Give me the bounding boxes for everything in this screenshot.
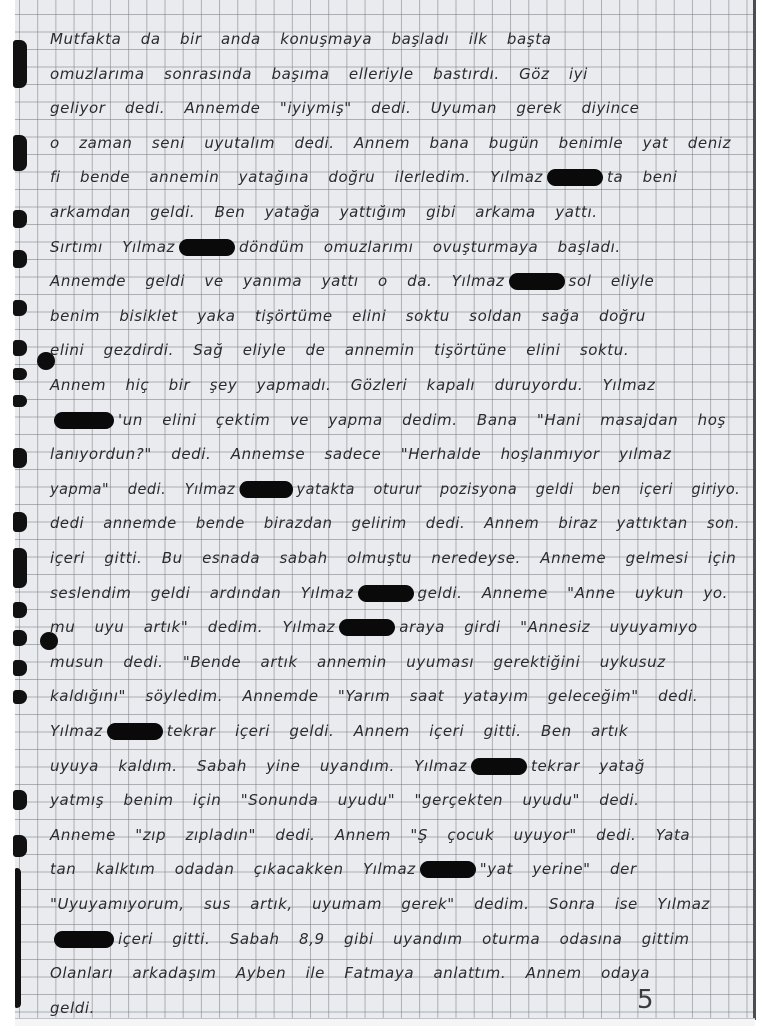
line-text: tan kalktım odadan çıkacakken Yılmaz	[50, 860, 416, 878]
redaction-mark	[420, 861, 476, 878]
line-text: o zaman seni uyutalım dedi. Annem bana b…	[50, 134, 731, 152]
binding-hole	[13, 790, 27, 810]
handwritten-line: Mutfakta da bir anda konuşmaya başladı i…	[50, 30, 740, 48]
binding-hole	[13, 512, 27, 532]
handwritten-line: 'un elini çektim ve yapma dedim. Bana "H…	[50, 411, 740, 429]
page-number: 5	[637, 985, 654, 1015]
line-text: elini gezdirdi. Sağ eliyle de annemin ti…	[50, 341, 629, 359]
line-text: tekrar içeri geldi. Annem içeri gitti. B…	[167, 722, 628, 740]
line-text: döndüm omuzlarımı ovuşturmaya başladı.	[239, 238, 621, 256]
line-text: Annem hiç bir şey yapmadı. Gözleri kapal…	[50, 376, 655, 394]
handwritten-line: omuzlarıma sonrasında başıma elleriyle b…	[50, 65, 740, 83]
binding-hole	[13, 250, 27, 268]
binding-hole	[13, 340, 27, 356]
handwritten-line: içeri gitti. Sabah 8,9 gibi uyandım otur…	[50, 930, 740, 948]
line-text: içeri gitti. Bu esnada sabah olmuştu ner…	[50, 549, 736, 567]
binding-hole	[13, 602, 27, 618]
handwritten-line: o zaman seni uyutalım dedi. Annem bana b…	[50, 134, 740, 152]
redaction-mark	[239, 481, 293, 498]
line-text: arkamdan geldi. Ben yatağa yattığım gibi…	[50, 203, 598, 221]
line-text: lanıyordun?" dedi. Annemse sadece "Herha…	[50, 445, 672, 463]
line-text: omuzlarıma sonrasında başıma elleriyle b…	[50, 65, 588, 83]
handwritten-line: lanıyordun?" dedi. Annemse sadece "Herha…	[50, 445, 740, 463]
line-text: musun dedi. "Bende artık annemin uyuması…	[50, 653, 666, 671]
binding-hole	[13, 368, 27, 380]
line-text: Anneme "zıp zıpladın" dedi. Annem "Ş çoc…	[50, 826, 690, 844]
redaction-mark	[54, 412, 114, 429]
line-text: Yılmaz	[50, 722, 103, 740]
line-text: ta beni	[607, 168, 677, 186]
handwritten-line: musun dedi. "Bende artık annemin uyuması…	[50, 653, 740, 671]
redaction-mark	[107, 723, 163, 740]
line-text: içeri gitti. Sabah 8,9 gibi uyandım otur…	[118, 930, 690, 948]
line-text: yapma" dedi. Yılmaz	[50, 480, 235, 498]
handwritten-line: kaldığını" söyledim. Annemde "Yarım saat…	[50, 687, 740, 705]
line-text: geliyor dedi. Annemde "iyiymiş" dedi. Uy…	[50, 99, 639, 117]
line-text: Olanları arkadaşım Ayben ile Fatmaya anl…	[50, 964, 650, 982]
line-text: Mutfakta da bir anda konuşmaya başladı i…	[50, 30, 552, 48]
line-text: yatakta oturur pozisyona geldi ben içeri…	[297, 480, 741, 498]
line-text: "Uyuyamıyorum, sus artık, uyumam gerek" …	[50, 895, 710, 913]
handwritten-line: benim bisiklet yaka tişörtüme elini sokt…	[50, 307, 740, 325]
redaction-mark	[54, 931, 114, 948]
handwritten-line: arkamdan geldi. Ben yatağa yattığım gibi…	[50, 203, 740, 221]
handwritten-line: Sırtımı Yılmazdöndüm omuzlarımı ovuşturm…	[50, 238, 740, 256]
handwritten-line: geliyor dedi. Annemde "iyiymiş" dedi. Uy…	[50, 99, 740, 117]
binding-hole	[13, 548, 27, 588]
page-bottom-edge	[15, 1018, 755, 1026]
line-text: yatmış benim için "Sonunda uyudu" "gerçe…	[50, 791, 640, 809]
binding-hole	[13, 660, 27, 676]
redaction-mark	[339, 619, 395, 636]
line-text: araya girdi "Annesiz uyuyamıyo	[399, 618, 698, 636]
line-text: dedi annemde bende birazdan gelirim dedi…	[50, 514, 740, 532]
line-text: seslendim geldi ardından Yılmaz	[50, 584, 354, 602]
handwritten-line: tan kalktım odadan çıkacakken Yılmaz"yat…	[50, 860, 740, 878]
handwritten-line: "Uyuyamıyorum, sus artık, uyumam gerek" …	[50, 895, 740, 913]
line-text: sol eliyle	[569, 272, 655, 290]
redaction-mark	[509, 273, 565, 290]
line-text: mu uyu artık" dedim. Yılmaz	[50, 618, 335, 636]
line-text: geldi.	[50, 999, 95, 1017]
handwritten-line: dedi annemde bende birazdan gelirim dedi…	[50, 514, 727, 532]
binding-edge	[15, 868, 21, 1008]
handwritten-line: Olanları arkadaşım Ayben ile Fatmaya anl…	[50, 964, 740, 982]
binding-hole	[13, 448, 27, 468]
binding-hole	[13, 690, 27, 704]
redaction-mark	[471, 758, 527, 775]
handwritten-line: yatmış benim için "Sonunda uyudu" "gerçe…	[50, 791, 740, 809]
binding-hole	[13, 210, 27, 228]
handwritten-line: yapma" dedi. Yılmazyatakta oturur pozisy…	[50, 480, 710, 498]
binding-hole	[13, 300, 27, 316]
handwritten-line: Anneme "zıp zıpladın" dedi. Annem "Ş çoc…	[50, 826, 740, 844]
line-text: 'un elini çektim ve yapma dedim. Bana "H…	[118, 411, 726, 429]
binding-hole	[13, 630, 27, 646]
line-text: uyuya kaldım. Sabah yine uyandım. Yılmaz	[50, 757, 467, 775]
binding-hole	[13, 395, 27, 407]
handwritten-line: uyuya kaldım. Sabah yine uyandım. Yılmaz…	[50, 757, 740, 775]
line-text: kaldığını" söyledim. Annemde "Yarım saat…	[50, 687, 698, 705]
line-text: Sırtımı Yılmaz	[50, 238, 175, 256]
handwritten-line: Yılmaztekrar içeri geldi. Annem içeri gi…	[50, 722, 740, 740]
handwritten-line: fi bende annemin yatağına doğru ilerledi…	[50, 168, 740, 186]
line-text: tekrar yatağ	[531, 757, 645, 775]
handwritten-line: mu uyu artık" dedim. Yılmazaraya girdi "…	[50, 618, 740, 636]
line-text: benim bisiklet yaka tişörtüme elini sokt…	[50, 307, 646, 325]
line-text: Annemde geldi ve yanıma yattı o da. Yılm…	[50, 272, 505, 290]
redaction-mark	[358, 585, 414, 602]
handwritten-line: Annemde geldi ve yanıma yattı o da. Yılm…	[50, 272, 740, 290]
line-text: "yat yerine" der	[480, 860, 637, 878]
handwritten-line: içeri gitti. Bu esnada sabah olmuştu ner…	[50, 549, 740, 567]
line-text: geldi. Anneme "Anne uykun yo.	[418, 584, 729, 602]
line-text: fi bende annemin yatağına doğru ilerledi…	[50, 168, 543, 186]
redaction-mark	[179, 239, 235, 256]
handwritten-line: seslendim geldi ardından Yılmazgeldi. An…	[50, 584, 740, 602]
redaction-mark	[547, 169, 603, 186]
binding-hole	[13, 40, 27, 88]
binding-hole	[13, 135, 27, 171]
handwritten-line: Annem hiç bir şey yapmadı. Gözleri kapal…	[50, 376, 740, 394]
binding-hole	[13, 835, 27, 857]
handwritten-line: elini gezdirdi. Sağ eliyle de annemin ti…	[50, 341, 740, 359]
